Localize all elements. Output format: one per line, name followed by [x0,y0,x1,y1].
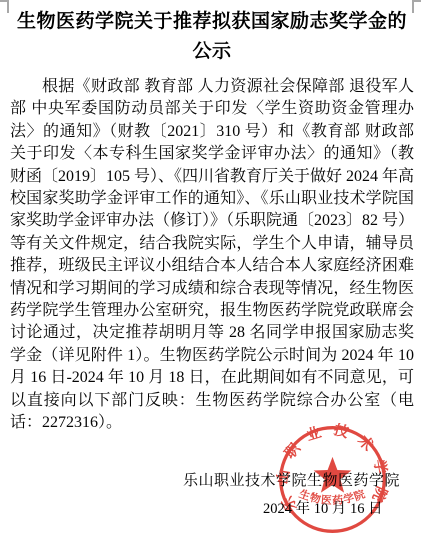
page-corner-mark-right [412,0,421,13]
signature-org: 乐山职业技术学院生物医药学院 [183,469,400,490]
announcement-body: 根据《财政部 教育部 人力资源社会保障部 退役军人部 中央军委国防动员部关于印发… [10,76,414,435]
page-corner-mark-left [0,0,9,13]
signature-date: 2024 年 10 月 16 日 [263,497,383,518]
announcement-page: 生物医药学院关于推荐拟获国家励志奖学金的 公示 根据《财政部 教育部 人力资源社… [0,0,424,539]
page-title: 生物医药学院关于推荐拟获国家励志奖学金的 公示 [0,0,424,67]
page-title-line1: 生物医药学院关于推荐拟获国家励志奖学金的 [0,7,424,37]
page-title-line2: 公示 [0,37,424,67]
